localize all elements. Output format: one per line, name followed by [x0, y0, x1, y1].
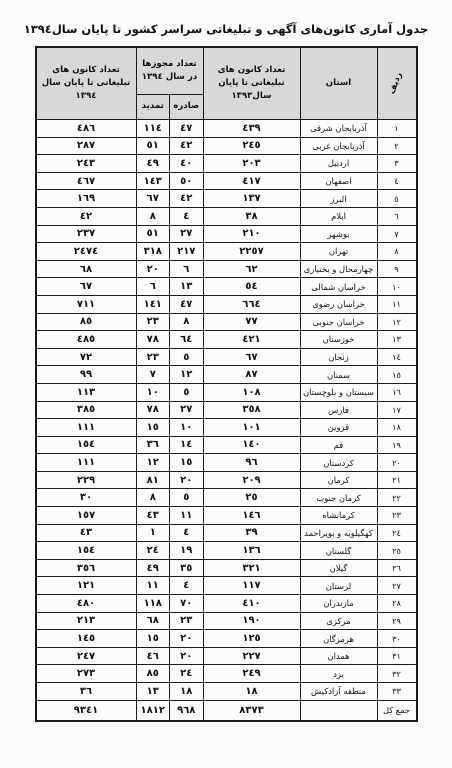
until-1393-cell: ٤۳۹	[203, 120, 300, 138]
row-number-cell: ۲۱	[377, 471, 417, 489]
issued-cell: ۱٥	[170, 454, 204, 472]
province-cell: کرمان جنوب	[300, 489, 377, 507]
renewed-cell: ٤۹	[136, 155, 170, 173]
until-1394-cell: ٤۸۰	[36, 595, 137, 613]
issued-cell: ٤	[170, 577, 204, 595]
until-1394-cell: ۲۸۷	[36, 137, 137, 155]
table-row: ۱ آذربایجان شرقی ٤۳۹ ٤۷ ۱۱٤ ٤۸٦	[36, 120, 417, 138]
until-1394-cell: ۷۲	[36, 348, 137, 366]
until-1394-cell: ٦۷	[36, 278, 137, 296]
table-row: ۲۳ کرمانشاه ۱٤٦ ۱۱ ٤۳ ۱٥۷	[36, 507, 417, 525]
until-1393-cell: ۱۹۰	[203, 612, 300, 630]
renewed-cell: ۸	[136, 489, 170, 507]
table-row: ۱٦ سیستان و بلوچستان ۱۰۸ ٥ ۱۰ ۱۱۳	[36, 383, 417, 401]
province-cell: هرمزگان	[300, 630, 377, 648]
renewed-cell: ۲۰	[136, 260, 170, 278]
row-number-cell: ۱۱	[377, 295, 417, 313]
renewed-cell: ۷	[136, 366, 170, 384]
issued-cell: ٤۲	[170, 137, 204, 155]
until-1393-cell: ٤۱۰	[203, 595, 300, 613]
province-cell: البرز	[300, 190, 377, 208]
renewed-cell: ۱۲	[136, 454, 170, 472]
province-cell: گیلان	[300, 559, 377, 577]
province-cell: گلستان	[300, 542, 377, 560]
province-cell: تهران	[300, 243, 377, 261]
until-1393-cell: ۲٥	[203, 489, 300, 507]
row-number-cell: ۲۹	[377, 612, 417, 630]
renewed-cell: ۲٤	[136, 542, 170, 560]
province-cell: سمنان	[300, 366, 377, 384]
renewed-cell: ۱٥	[136, 630, 170, 648]
province-cell: زنجان	[300, 348, 377, 366]
row-number-cell: ۲۰	[377, 454, 417, 472]
table-row: ۱۸ قزوین ۱۰۱ ۱۰ ۱٥ ۱۱۱	[36, 419, 417, 437]
until-1393-cell: ۲۲٥۷	[203, 243, 300, 261]
renewed-cell: ٤۹	[136, 559, 170, 577]
row-number-cell: ۲۳	[377, 507, 417, 525]
renewed-cell: ۱۰	[136, 383, 170, 401]
until-1393-cell: ۱٤۰	[203, 436, 300, 454]
row-number-cell: ۲٦	[377, 559, 417, 577]
row-number-cell: ٥	[377, 190, 417, 208]
row-number-cell: ۱۷	[377, 401, 417, 419]
issued-cell: ٤	[170, 207, 204, 225]
row-number-cell: ۲۷	[377, 577, 417, 595]
row-number-cell: ۳	[377, 155, 417, 173]
until-1393-cell: ۱۳۷	[203, 190, 300, 208]
province-cell: چهارمحال و بختیاری	[300, 260, 377, 278]
issued-cell: ۱۹	[170, 542, 204, 560]
table-row: ۱۰ خراسان شمالی ٥٤ ۱۳ ٦ ٦۷	[36, 278, 417, 296]
province-cell: قم	[300, 436, 377, 454]
total-province-cell	[300, 700, 377, 721]
issued-cell: ۱۰	[170, 419, 204, 437]
province-cell: کردستان	[300, 454, 377, 472]
issued-cell: ٦	[170, 260, 204, 278]
province-cell: آذربایجان غربی	[300, 137, 377, 155]
until-1393-cell: ۲٤٥	[203, 137, 300, 155]
row-number-cell: ۲٤	[377, 524, 417, 542]
issued-cell: ٤	[170, 524, 204, 542]
table-row: ۲۷ لرستان ۱۱۷ ٤ ۱۱ ۱۲۱	[36, 577, 417, 595]
until-1394-cell: ۱٥۷	[36, 507, 137, 525]
province-cell: کرمان	[300, 471, 377, 489]
row-number-cell: ۹	[377, 260, 417, 278]
issued-cell: ۲۰	[170, 647, 204, 665]
province-cell: سیستان و بلوچستان	[300, 383, 377, 401]
issued-cell: ۲۰	[170, 471, 204, 489]
table-row: ۹ چهارمحال و بختیاری ٦۲ ٦ ۲۰ ٦۸	[36, 260, 417, 278]
table-row: ۲۲ کرمان جنوب ۲٥ ٥ ۸ ۳۰	[36, 489, 417, 507]
until-1394-cell: ۳٦	[36, 683, 137, 701]
province-cell: خراسان شمالی	[300, 278, 377, 296]
total-until-1393: ۸۳۷۳	[203, 700, 300, 721]
row-number-cell: ۲۲	[377, 489, 417, 507]
renewed-cell: ٥۱	[136, 225, 170, 243]
province-cell: منطقه آزادکیش	[300, 683, 377, 701]
province-cell: مرکزی	[300, 612, 377, 630]
total-until-1394: ۹۳٤۱	[36, 700, 137, 721]
province-cell: فارس	[300, 401, 377, 419]
issued-cell: ۱۸	[170, 683, 204, 701]
row-number-cell: ۲۸	[377, 595, 417, 613]
renewed-cell: ۲۳	[136, 348, 170, 366]
row-number-cell: ۲	[377, 137, 417, 155]
issued-cell: ۱٤	[170, 436, 204, 454]
total-issued: ۹٦۸	[170, 700, 204, 721]
header-renewed: تمدید	[136, 95, 170, 120]
province-cell: مازندران	[300, 595, 377, 613]
issued-cell: ٦٤	[170, 331, 204, 349]
table-row: ۲۰ کردستان ۹٦ ۱٥ ۱۲ ۱۱۱	[36, 454, 417, 472]
issued-cell: ٥۰	[170, 172, 204, 190]
row-number-cell: ۳۱	[377, 647, 417, 665]
province-cell: اصفهان	[300, 172, 377, 190]
table-row: ٦ ایلام ۳۸ ٤ ۸ ٤۲	[36, 207, 417, 225]
renewed-cell: ۷۸	[136, 401, 170, 419]
province-cell: قزوین	[300, 419, 377, 437]
until-1393-cell: ۳٥۸	[203, 401, 300, 419]
table-row: ۱۷ فارس ۳٥۸ ۲۷ ۷۸ ۳۸٥	[36, 401, 417, 419]
total-label: جمع کل	[377, 700, 417, 721]
total-renewed: ۱۸۱۲	[136, 700, 170, 721]
issued-cell: ۳٥	[170, 559, 204, 577]
row-number-cell: ۱۰	[377, 278, 417, 296]
renewed-cell: ٥۱	[136, 137, 170, 155]
issued-cell: ۱۱	[170, 507, 204, 525]
until-1394-cell: ۲۲۹	[36, 471, 137, 489]
table-row: ۳۳ منطقه آزادکیش ۱۸ ۱۸ ۱۳ ۳٦	[36, 683, 417, 701]
until-1393-cell: ٥٤	[203, 278, 300, 296]
renewed-cell: ۱	[136, 524, 170, 542]
renewed-cell: ۷۸	[136, 331, 170, 349]
province-cell: کرمانشاه	[300, 507, 377, 525]
until-1393-cell: ۳۸	[203, 207, 300, 225]
until-1393-cell: ۷۷	[203, 313, 300, 331]
until-1393-cell: ۲۲۷	[203, 647, 300, 665]
table-row: ۲۹ مرکزی ۱۹۰ ۲۳ ٦۸ ۲۱۳	[36, 612, 417, 630]
issued-cell: ۲۱۷	[170, 243, 204, 261]
page-title: جدول آماری کانون‌های آگهی و تبلیغاتی سرا…	[0, 0, 452, 36]
province-cell: بوشهر	[300, 225, 377, 243]
until-1394-cell: ۲٤۷٤	[36, 243, 137, 261]
renewed-cell: ۱٤۳	[136, 172, 170, 190]
until-1393-cell: ۹٦	[203, 454, 300, 472]
province-cell: لرستان	[300, 577, 377, 595]
table-row: ۱٤ زنجان ٦۷ ٥ ۲۳ ۷۲	[36, 348, 417, 366]
statistics-table: ردیف استان تعداد کانون های تبلیغاتی تا پ…	[35, 46, 418, 722]
until-1393-cell: ۱۰۸	[203, 383, 300, 401]
renewed-cell: ۳۱۸	[136, 243, 170, 261]
until-1393-cell: ۲۰۹	[203, 471, 300, 489]
until-1393-cell: ٤۲۱	[203, 331, 300, 349]
issued-cell: ۸	[170, 313, 204, 331]
until-1394-cell: ۹۹	[36, 366, 137, 384]
until-1394-cell: ٤٦۷	[36, 172, 137, 190]
issued-cell: ۷۰	[170, 595, 204, 613]
total-row: جمع کل ۸۳۷۳ ۹٦۸ ۱۸۱۲ ۹۳٤۱	[36, 700, 417, 721]
until-1394-cell: ۲۳۷	[36, 225, 137, 243]
renewed-cell: ۱۱۸	[136, 595, 170, 613]
renewed-cell: ٤٦	[136, 647, 170, 665]
until-1393-cell: ٤۱۷	[203, 172, 300, 190]
table-header: ردیف استان تعداد کانون های تبلیغاتی تا پ…	[36, 47, 417, 120]
table-row: ۱۳ خوزستان ٤۲۱ ٦٤ ۷۸ ٤۸٥	[36, 331, 417, 349]
until-1394-cell: ٤۸٦	[36, 120, 137, 138]
until-1394-cell: ۱۱۱	[36, 419, 137, 437]
until-1394-cell: ۱٤٥	[36, 630, 137, 648]
until-1393-cell: ٦۲	[203, 260, 300, 278]
renewed-cell: ٦۷	[136, 190, 170, 208]
issued-cell: ٤۷	[170, 295, 204, 313]
table-row: ۸ تهران ۲۲٥۷ ۲۱۷ ۳۱۸ ۲٤۷٤	[36, 243, 417, 261]
header-row-number-label: ردیف	[386, 71, 406, 97]
renewed-cell: ۱٤۱	[136, 295, 170, 313]
header-row-number: ردیف	[377, 47, 417, 120]
header-province: استان	[300, 47, 377, 120]
row-number-cell: ۱۹	[377, 436, 417, 454]
until-1393-cell: ۲۱۰	[203, 225, 300, 243]
header-issued: صادره	[170, 95, 204, 120]
issued-cell: ۲۳	[170, 612, 204, 630]
row-number-cell: ۳۰	[377, 630, 417, 648]
issued-cell: ۱۳	[170, 278, 204, 296]
issued-cell: ۲۷	[170, 401, 204, 419]
table-row: ۳۱ همدان ۲۲۷ ۲۰ ٤٦ ۲٤۷	[36, 647, 417, 665]
row-number-cell: ۱٥	[377, 366, 417, 384]
row-number-cell: ۱٤	[377, 348, 417, 366]
province-cell: همدان	[300, 647, 377, 665]
issued-cell: ٤۷	[170, 120, 204, 138]
table-row: ۲٦ گیلان ۳۲۱ ۳٥ ٤۹ ۳٥٦	[36, 559, 417, 577]
issued-cell: ۱۲	[170, 366, 204, 384]
until-1394-cell: ٤۸٥	[36, 331, 137, 349]
row-number-cell: ۱٦	[377, 383, 417, 401]
issued-cell: ٤۲	[170, 190, 204, 208]
until-1393-cell: ۲٤۹	[203, 665, 300, 683]
header-permits-1394: تعداد مجوزها در سال ۱۳۹٤	[136, 47, 203, 95]
province-cell: خراسان جنوبی	[300, 313, 377, 331]
until-1394-cell: ۲٤۳	[36, 155, 137, 173]
row-number-cell: ۱۲	[377, 313, 417, 331]
table-row: ۳ اردبیل ۲۰۳ ٤۰ ٤۹ ۲٤۳	[36, 155, 417, 173]
row-number-cell: ۳۳	[377, 683, 417, 701]
until-1393-cell: ۳۲۱	[203, 559, 300, 577]
until-1393-cell: ۲۰۳	[203, 155, 300, 173]
table-row: ۲۱ کرمان ۲۰۹ ۲۰ ۸۱ ۲۲۹	[36, 471, 417, 489]
issued-cell: ۲٤	[170, 665, 204, 683]
province-cell: اردبیل	[300, 155, 377, 173]
document-page: جدول آماری کانون‌های آگهی و تبلیغاتی سرا…	[0, 0, 452, 768]
table-row: ٤ اصفهان ٤۱۷ ٥۰ ۱٤۳ ٤٦۷	[36, 172, 417, 190]
renewed-cell: ۱٥	[136, 419, 170, 437]
until-1394-cell: ٦۸	[36, 260, 137, 278]
until-1394-cell: ۲۱۳	[36, 612, 137, 630]
province-cell: یزد	[300, 665, 377, 683]
table-row: ۲۸ مازندران ٤۱۰ ۷۰ ۱۱۸ ٤۸۰	[36, 595, 417, 613]
renewed-cell: ٦	[136, 278, 170, 296]
province-cell: ایلام	[300, 207, 377, 225]
until-1393-cell: ۱٤٦	[203, 507, 300, 525]
table-row: ۲٤ کهگیلویه و بویراحمد ۳۹ ٤ ۱ ٤۳	[36, 524, 417, 542]
table-row: ٥ البرز ۱۳۷ ٤۲ ٦۷ ۱٦۹	[36, 190, 417, 208]
until-1393-cell: ۱۳٦	[203, 542, 300, 560]
issued-cell: ٥	[170, 348, 204, 366]
until-1394-cell: ۱۲۱	[36, 577, 137, 595]
until-1394-cell: ۱٥٤	[36, 542, 137, 560]
renewed-cell: ۲۳	[136, 313, 170, 331]
until-1393-cell: ۱۱۷	[203, 577, 300, 595]
province-cell: خوزستان	[300, 331, 377, 349]
table-row: ۳۰ هرمزگان ۱۲٥ ۲۰ ۱٥ ۱٤٥	[36, 630, 417, 648]
renewed-cell: ٤۳	[136, 507, 170, 525]
row-number-cell: ۲٥	[377, 542, 417, 560]
table-row: ۱۱ خراسان رضوی ٦٦٤ ٤۷ ۱٤۱ ۷۱۱	[36, 295, 417, 313]
until-1393-cell: ٦۷	[203, 348, 300, 366]
renewed-cell: ٦۸	[136, 612, 170, 630]
issued-cell: ٥	[170, 489, 204, 507]
renewed-cell: ۸	[136, 207, 170, 225]
renewed-cell: ۸۱	[136, 471, 170, 489]
until-1394-cell: ٤۲	[36, 207, 137, 225]
until-1393-cell: ۱۸	[203, 683, 300, 701]
row-number-cell: ۱۸	[377, 419, 417, 437]
until-1394-cell: ۱۱۱	[36, 454, 137, 472]
until-1394-cell: ۳٥٦	[36, 559, 137, 577]
issued-cell: ۲۰	[170, 630, 204, 648]
header-until-1394: تعداد کانون های تبلیغاتی تا پایان سال ۱۳…	[36, 47, 137, 120]
until-1393-cell: ۸۷	[203, 366, 300, 384]
until-1394-cell: ۲٤۷	[36, 647, 137, 665]
until-1394-cell: ۱۱۳	[36, 383, 137, 401]
renewed-cell: ۸٥	[136, 665, 170, 683]
table-row: ۳۲ یزد ۲٤۹ ۲٤ ۸٥ ۲۷۳	[36, 665, 417, 683]
header-until-1393: تعداد کانون های تبلیغاتی تا پایان سال۱۳۹…	[203, 47, 300, 120]
until-1394-cell: ۲۷۳	[36, 665, 137, 683]
province-cell: کهگیلویه و بویراحمد	[300, 524, 377, 542]
until-1394-cell: ٤۳	[36, 524, 137, 542]
table-row: ۲ آذربایجان غربی ۲٤٥ ٤۲ ٥۱ ۲۸۷	[36, 137, 417, 155]
renewed-cell: ۱۱٤	[136, 120, 170, 138]
until-1393-cell: ۱۰۱	[203, 419, 300, 437]
row-number-cell: ٦	[377, 207, 417, 225]
province-cell: خراسان رضوی	[300, 295, 377, 313]
renewed-cell: ۱۳	[136, 683, 170, 701]
row-number-cell: ٤	[377, 172, 417, 190]
province-cell: آذربایجان شرقی	[300, 120, 377, 138]
table-row: ۲٥ گلستان ۱۳٦ ۱۹ ۲٤ ۱٥٤	[36, 542, 417, 560]
row-number-cell: ۳۲	[377, 665, 417, 683]
table-row: ۱۹ قم ۱٤۰ ۱٤ ۳٦ ۱٥٤	[36, 436, 417, 454]
until-1394-cell: ۱٦۹	[36, 190, 137, 208]
renewed-cell: ۱۱	[136, 577, 170, 595]
until-1394-cell: ۸٥	[36, 313, 137, 331]
row-number-cell: ۱	[377, 120, 417, 138]
row-number-cell: ۱۳	[377, 331, 417, 349]
until-1393-cell: ٦٦٤	[203, 295, 300, 313]
issued-cell: ٤۰	[170, 155, 204, 173]
table-body: ۱ آذربایجان شرقی ٤۳۹ ٤۷ ۱۱٤ ٤۸٦ ۲ آذربای…	[36, 120, 417, 721]
renewed-cell: ۳٦	[136, 436, 170, 454]
table-row: ۱٥ سمنان ۸۷ ۱۲ ۷ ۹۹	[36, 366, 417, 384]
row-number-cell: ۷	[377, 225, 417, 243]
issued-cell: ٥	[170, 383, 204, 401]
issued-cell: ۲۷	[170, 225, 204, 243]
until-1393-cell: ۱۲٥	[203, 630, 300, 648]
until-1394-cell: ۳۸٥	[36, 401, 137, 419]
row-number-cell: ۸	[377, 243, 417, 261]
until-1394-cell: ۳۰	[36, 489, 137, 507]
until-1393-cell: ۳۹	[203, 524, 300, 542]
until-1394-cell: ۷۱۱	[36, 295, 137, 313]
until-1394-cell: ۱٥٤	[36, 436, 137, 454]
table-row: ۱۲ خراسان جنوبی ۷۷ ۸ ۲۳ ۸٥	[36, 313, 417, 331]
table-row: ۷ بوشهر ۲۱۰ ۲۷ ٥۱ ۲۳۷	[36, 225, 417, 243]
